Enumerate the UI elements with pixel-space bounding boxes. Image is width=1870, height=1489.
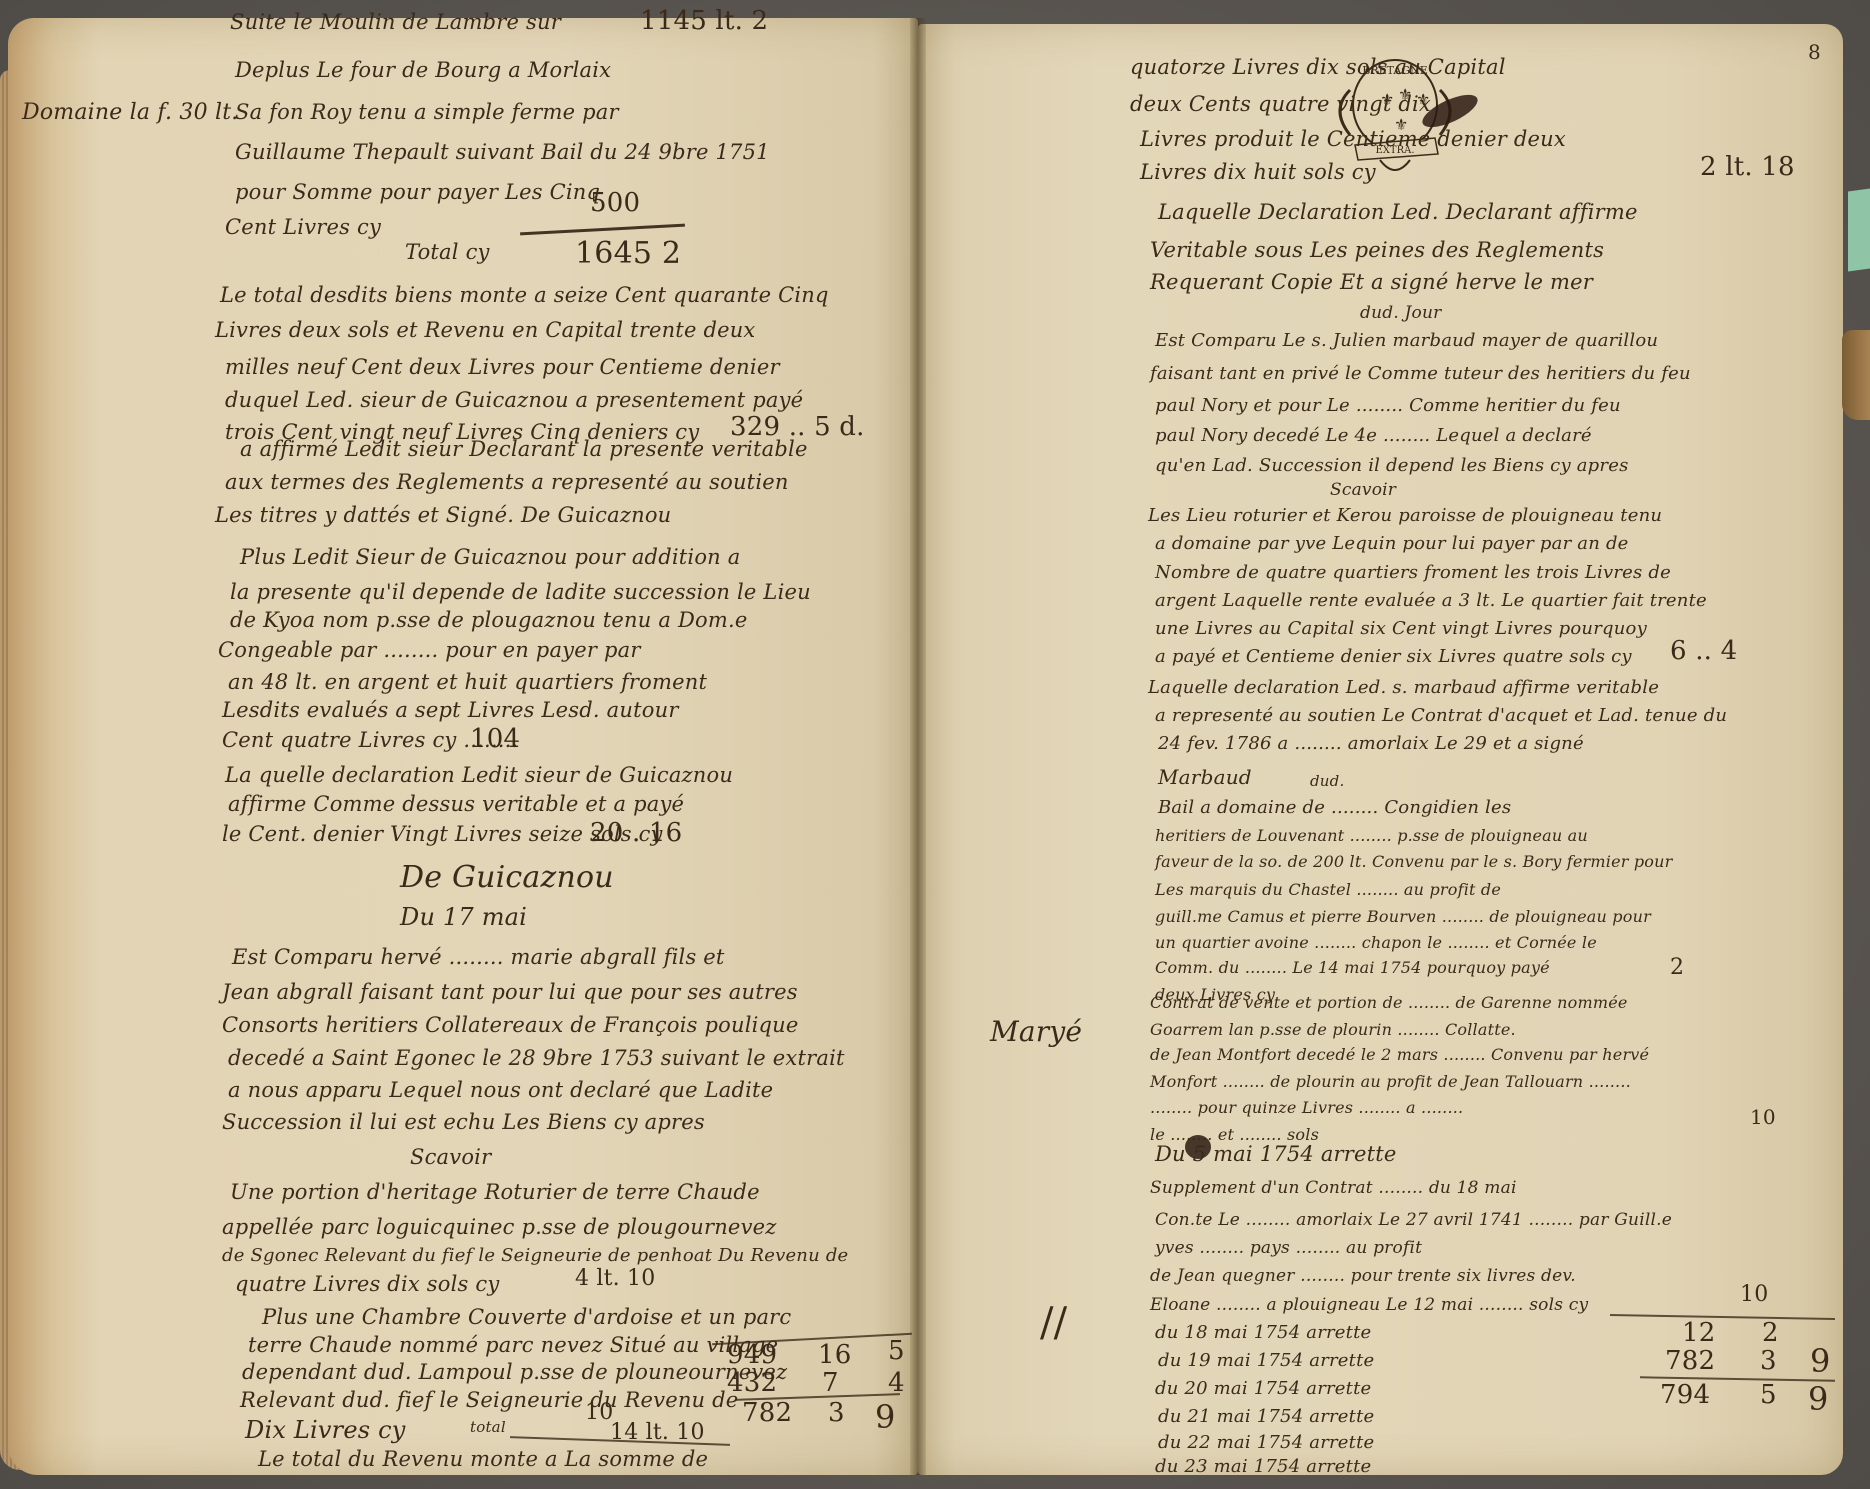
text-line: aux termes des Reglements a representé a… (225, 470, 789, 494)
text-line: heritiers de Louvenant ........ p.sse de… (1155, 826, 1588, 845)
text-line: Lesdits evalués a sept Livres Lesd. auto… (222, 698, 679, 722)
total-revenue-label: total (470, 1418, 506, 1436)
text-line: yves ........ pays ........ au profit (1155, 1238, 1422, 1258)
text-line: faveur de la so. de 200 lt. Convenu par … (1155, 852, 1673, 871)
arrete-entry: du 19 mai 1754 arrette (1158, 1350, 1374, 1371)
text-line: Guillaume Thepault suivant Bail du 24 9b… (235, 140, 770, 164)
text-line: a affirmé Ledit sieur Declarant la prese… (240, 437, 808, 461)
text-line: de Jean quegner ........ pour trente six… (1150, 1266, 1576, 1286)
amount: 2 (1670, 955, 1684, 980)
sum-cell: 7 (822, 1368, 839, 1398)
date-heading: Du 17 mai (400, 903, 527, 931)
text-line: Dix Livres cy (245, 1416, 405, 1444)
text-line: Les titres y dattés et Signé. De Guicazn… (215, 503, 671, 527)
text-line: Laquelle declaration Led. s. marbaud aff… (1148, 677, 1659, 698)
text-line: Livres deux sols et Revenu en Capital tr… (215, 318, 755, 342)
text-line: Congeable par ........ pour en payer par (218, 638, 641, 662)
text-line: Les Lieu roturier et Kerou paroisse de p… (1148, 505, 1662, 526)
sum-cell: 432 (727, 1368, 777, 1398)
text-line: Con.te Le ........ amorlaix Le 27 avril … (1155, 1210, 1672, 1230)
amount: 6 .. 4 (1670, 636, 1737, 666)
text-line: Plus Ledit Sieur de Guicaznou pour addit… (240, 545, 740, 569)
sum-result: 3 (828, 1398, 845, 1428)
text-line: Est Comparu hervé ........ marie abgrall… (232, 945, 725, 969)
date-heading: dud. Jour (1360, 303, 1441, 323)
text-line: de Kyoa nom p.sse de plougaznou tenu a D… (230, 608, 747, 632)
text-line: Jean abgrall faisant tant pour lui que p… (222, 980, 798, 1004)
text-line: Deplus Le four de Bourg a Morlaix (235, 58, 611, 82)
text-line: Suite le Moulin de Lambre sur (230, 10, 561, 34)
text-line: milles neuf Cent deux Livres pour Centie… (225, 355, 780, 379)
sum-cell: 12 (1682, 1318, 1715, 1348)
text-line: Contrat de vente et portion de ........ … (1150, 993, 1628, 1012)
text-line: faisant tant en privé le Comme tuteur de… (1150, 363, 1691, 384)
text-line: Consorts heritiers Collatereaux de Franç… (222, 1013, 799, 1037)
arrete-entry: du 22 mai 1754 arrette (1158, 1432, 1374, 1453)
margin-mark: // (1040, 1300, 1067, 1346)
text-line: dependant dud. Lampoul p.sse de plouneou… (242, 1360, 787, 1384)
arrete-entry: du 21 mai 1754 arrette (1158, 1406, 1374, 1427)
text-line: Est Comparu Le s. Julien marbaud mayer d… (1155, 330, 1658, 351)
ribbon-marker (1842, 330, 1870, 420)
arrete-entry: du 20 mai 1754 arrette (1155, 1378, 1371, 1399)
text-line: Veritable sous Les peines des Reglements (1150, 238, 1604, 262)
text-line: Nombre de quatre quartiers froment les t… (1155, 562, 1671, 583)
text-line: guill.me Camus et pierre Bourven .......… (1155, 907, 1651, 926)
margin-note-right: Maryé (990, 1015, 1082, 1048)
text-line: a payé et Centieme denier six Livres qua… (1155, 646, 1632, 667)
text-line: Laquelle Declaration Led. Declarant affi… (1158, 200, 1638, 224)
sum-result: 9 (875, 1398, 896, 1436)
margin-note-left: Domaine la f. 30 lt. (22, 100, 238, 125)
section-heading: Scavoir (1330, 480, 1396, 500)
page-number: 8 (1808, 40, 1821, 64)
sum-result: 782 (742, 1398, 792, 1428)
text-line: un quartier avoine ........ chapon le ..… (1155, 933, 1597, 952)
sum-cell: 782 (1665, 1346, 1715, 1376)
text-line: duquel Led. sieur de Guicaznou a present… (225, 388, 803, 412)
text-line: terre Chaude nommé parc nevez Situé au v… (248, 1333, 778, 1357)
section-heading: Scavoir (410, 1145, 491, 1169)
total-amount: 1645 2 (575, 236, 681, 271)
sum-result: 5 (1760, 1380, 1777, 1410)
text-line: paul Nory decedé Le 4e ........ Lequel a… (1155, 425, 1592, 446)
book-gutter (910, 18, 926, 1475)
text-line: Eloane ........ a plouigneau Le 12 mai .… (1150, 1295, 1588, 1315)
text-line: Goarrem lan p.sse de plourin ........ Co… (1150, 1020, 1516, 1039)
text-line: Plus une Chambre Couverte d'ardoise et u… (262, 1305, 791, 1329)
text-line: pour Somme pour payer Les Cinq (235, 180, 600, 204)
addition-centieme-amount: 20 . 16 (590, 818, 682, 848)
text-line: Monfort ........ de plourin au profit de… (1150, 1072, 1631, 1091)
amount: 1145 lt. 2 (640, 6, 768, 36)
amount: 10 (1750, 1105, 1776, 1129)
text-line: 24 fev. 1786 a ........ amorlaix Le 29 e… (1158, 733, 1584, 754)
text-line: paul Nory et pour Le ........ Comme heri… (1155, 395, 1621, 416)
text-line: Succession il lui est echu Les Biens cy … (222, 1110, 705, 1134)
text-line: Relevant dud. fief le Seigneurie du Reve… (240, 1388, 738, 1412)
text-line: Supplement d'un Contrat ........ du 18 m… (1150, 1178, 1517, 1198)
text-line: La quelle declaration Ledit sieur de Gui… (225, 763, 733, 787)
signature: Marbaud (1158, 765, 1252, 789)
text-line: decedé a Saint Egonec le 28 9bre 1753 su… (228, 1046, 845, 1070)
text-line: ........ pour quinze Livres ........ a .… (1150, 1098, 1463, 1117)
green-bookmark-tab (1848, 188, 1870, 271)
text-line: de Jean Montfort decedé le 2 mars ......… (1150, 1045, 1649, 1064)
text-line: Bail a domaine de ........ Congidien les (1158, 797, 1511, 818)
sum-cell: 16 (818, 1340, 851, 1370)
sum-cell: 9 (1810, 1342, 1831, 1380)
text-line: a domaine par yve Lequin pour lui payer … (1155, 533, 1629, 554)
sum-cell: 3 (1760, 1346, 1777, 1376)
text-line: deux Cents quatre vingt dix (1130, 92, 1431, 116)
date-heading: Du 5 mai 1754 arrette (1155, 1142, 1397, 1166)
text-line: Requerant Copie Et a signé herve le mer (1150, 270, 1593, 294)
sum-result: 9 (1808, 1380, 1829, 1418)
addition-amount: 104 (470, 724, 520, 754)
text-line: quatre Livres dix sols cy (235, 1272, 499, 1296)
revenue-amount-1: 4 lt. 10 (575, 1266, 655, 1291)
text-line: Le total du Revenu monte a La somme de (258, 1447, 708, 1471)
text-line: Sa fon Roy tenu a simple ferme par (235, 100, 619, 124)
subtotal-amount: 500 (590, 188, 640, 218)
arrete-entry: du 23 mai 1754 arrette (1155, 1456, 1371, 1477)
text-line: de Sgonec Relevant du fief le Seigneurie… (222, 1245, 848, 1266)
text-line: affirme Comme dessus veritable et a payé (228, 792, 684, 816)
amount: 10 (1740, 1282, 1768, 1307)
sum-cell: 5 (888, 1336, 905, 1366)
text-line: Une portion d'heritage Roturier de terre… (230, 1180, 760, 1204)
text-line: Livres dix huit sols cy (1140, 160, 1376, 184)
signature: De Guicaznou (400, 860, 614, 895)
sum-cell: 949 (727, 1340, 777, 1370)
text-line: une Livres au Capital six Cent vingt Liv… (1155, 618, 1647, 639)
text-line: Livres produit le Centieme denier deux (1140, 127, 1566, 151)
text-line: Le total desdits biens monte a seize Cen… (220, 283, 829, 307)
sum-result: 794 (1660, 1380, 1710, 1410)
text-line: Comm. du ........ Le 14 mai 1754 pourquo… (1155, 958, 1550, 977)
text-line: Les marquis du Chastel ........ au profi… (1155, 880, 1501, 899)
text-line: a representé au soutien Le Contrat d'acq… (1155, 705, 1727, 726)
text-line: la presente qu'il depende de ladite succ… (230, 580, 811, 604)
text-line: qu'en Lad. Succession il depend les Bien… (1155, 455, 1629, 476)
total-revenue-amount: 14 lt. 10 (610, 1420, 705, 1445)
text-line: argent Laquelle rente evaluée a 3 lt. Le… (1155, 590, 1707, 611)
amount: 2 lt. 18 (1700, 152, 1795, 182)
text-line: Cent Livres cy (225, 215, 381, 239)
text-line: dud. (1310, 772, 1344, 790)
text-line: appellée parc loguicquinec p.sse de plou… (222, 1215, 777, 1239)
text-line: a nous apparu Lequel nous ont declaré qu… (228, 1078, 773, 1102)
sum-cell: 2 (1762, 1318, 1779, 1348)
text-line: an 48 lt. en argent et huit quartiers fr… (228, 670, 707, 694)
total-label: Total cy (405, 240, 490, 264)
text-line: quatorze Livres dix sols au Capital (1130, 55, 1506, 79)
open-ledger-book: Domaine la f. 30 lt. Suite le Moulin de … (0, 0, 1870, 1489)
arrete-entry: du 18 mai 1754 arrette (1155, 1322, 1371, 1343)
